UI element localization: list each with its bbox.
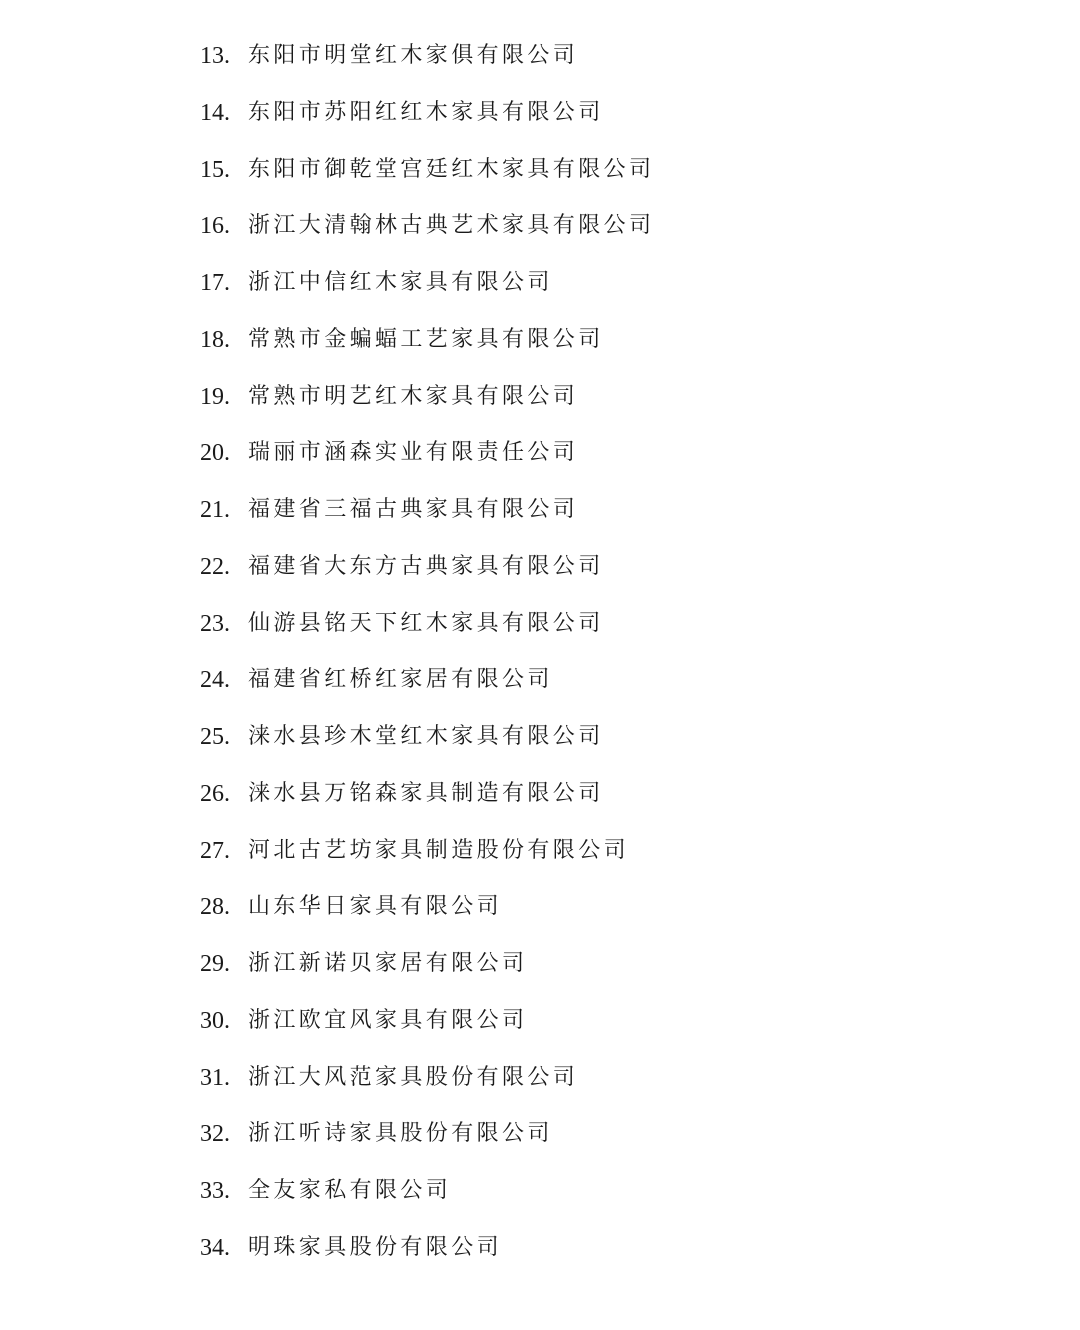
item-number: 23. [200,606,248,642]
item-number: 24. [200,662,248,698]
list-item: 28.山东华日家具有限公司 [200,889,654,946]
list-item: 13.东阳市明堂红木家俱有限公司 [200,38,654,95]
company-name: 全友家私有限公司 [248,1173,451,1209]
list-item: 32.浙江听诗家具股份有限公司 [200,1116,654,1173]
company-name: 明珠家具股份有限公司 [248,1230,502,1266]
item-number: 27. [200,833,248,869]
company-name: 福建省红桥红家居有限公司 [248,662,553,698]
company-name: 福建省三福古典家具有限公司 [248,492,578,528]
company-name: 瑞丽市涵森实业有限责任公司 [248,435,578,471]
list-item: 27.河北古艺坊家具制造股份有限公司 [200,833,654,890]
list-item: 29.浙江新诺贝家居有限公司 [200,946,654,1003]
company-list: 13.东阳市明堂红木家俱有限公司 14.东阳市苏阳红红木家具有限公司 15.东阳… [200,38,654,1287]
item-number: 34. [200,1230,248,1266]
company-name: 河北古艺坊家具制造股份有限公司 [248,833,629,869]
company-name: 东阳市御乾堂宫廷红木家具有限公司 [248,152,654,188]
company-name: 浙江听诗家具股份有限公司 [248,1116,553,1152]
list-item: 19.常熟市明艺红木家具有限公司 [200,379,654,436]
item-number: 31. [200,1060,248,1096]
item-number: 14. [200,95,248,131]
item-number: 15. [200,152,248,188]
item-number: 26. [200,776,248,812]
list-item: 18.常熟市金蝙蝠工艺家具有限公司 [200,322,654,379]
item-number: 16. [200,208,248,244]
company-name: 东阳市明堂红木家俱有限公司 [248,38,578,74]
item-number: 28. [200,889,248,925]
item-number: 22. [200,549,248,585]
list-item: 26.涞水县万铭森家具制造有限公司 [200,776,654,833]
list-item: 30.浙江欧宜风家具有限公司 [200,1003,654,1060]
company-name: 浙江大风范家具股份有限公司 [248,1060,578,1096]
item-number: 20. [200,435,248,471]
item-number: 18. [200,322,248,358]
list-item: 22.福建省大东方古典家具有限公司 [200,549,654,606]
company-name: 浙江新诺贝家居有限公司 [248,946,527,982]
item-number: 17. [200,265,248,301]
list-item: 20.瑞丽市涵森实业有限责任公司 [200,435,654,492]
company-name: 浙江欧宜风家具有限公司 [248,1003,527,1039]
company-name: 涞水县珍木堂红木家具有限公司 [248,719,604,755]
list-item: 25.涞水县珍木堂红木家具有限公司 [200,719,654,776]
item-number: 33. [200,1173,248,1209]
item-number: 21. [200,492,248,528]
list-item: 31.浙江大风范家具股份有限公司 [200,1060,654,1117]
item-number: 29. [200,946,248,982]
company-name: 浙江中信红木家具有限公司 [248,265,553,301]
list-item: 17.浙江中信红木家具有限公司 [200,265,654,322]
company-name: 常熟市金蝙蝠工艺家具有限公司 [248,322,604,358]
list-item: 23.仙游县铭天下红木家具有限公司 [200,606,654,663]
company-name: 涞水县万铭森家具制造有限公司 [248,776,604,812]
list-item: 24.福建省红桥红家居有限公司 [200,662,654,719]
item-number: 30. [200,1003,248,1039]
company-name: 福建省大东方古典家具有限公司 [248,549,604,585]
item-number: 13. [200,38,248,74]
item-number: 32. [200,1116,248,1152]
item-number: 19. [200,379,248,415]
company-name: 山东华日家具有限公司 [248,889,502,925]
list-item: 14.东阳市苏阳红红木家具有限公司 [200,95,654,152]
company-name: 浙江大清翰林古典艺术家具有限公司 [248,208,654,244]
list-item: 34.明珠家具股份有限公司 [200,1230,654,1287]
company-name: 东阳市苏阳红红木家具有限公司 [248,95,604,131]
company-name: 仙游县铭天下红木家具有限公司 [248,606,604,642]
list-item: 16.浙江大清翰林古典艺术家具有限公司 [200,208,654,265]
company-name: 常熟市明艺红木家具有限公司 [248,379,578,415]
list-item: 33.全友家私有限公司 [200,1173,654,1230]
list-item: 15.东阳市御乾堂宫廷红木家具有限公司 [200,152,654,209]
list-item: 21.福建省三福古典家具有限公司 [200,492,654,549]
item-number: 25. [200,719,248,755]
